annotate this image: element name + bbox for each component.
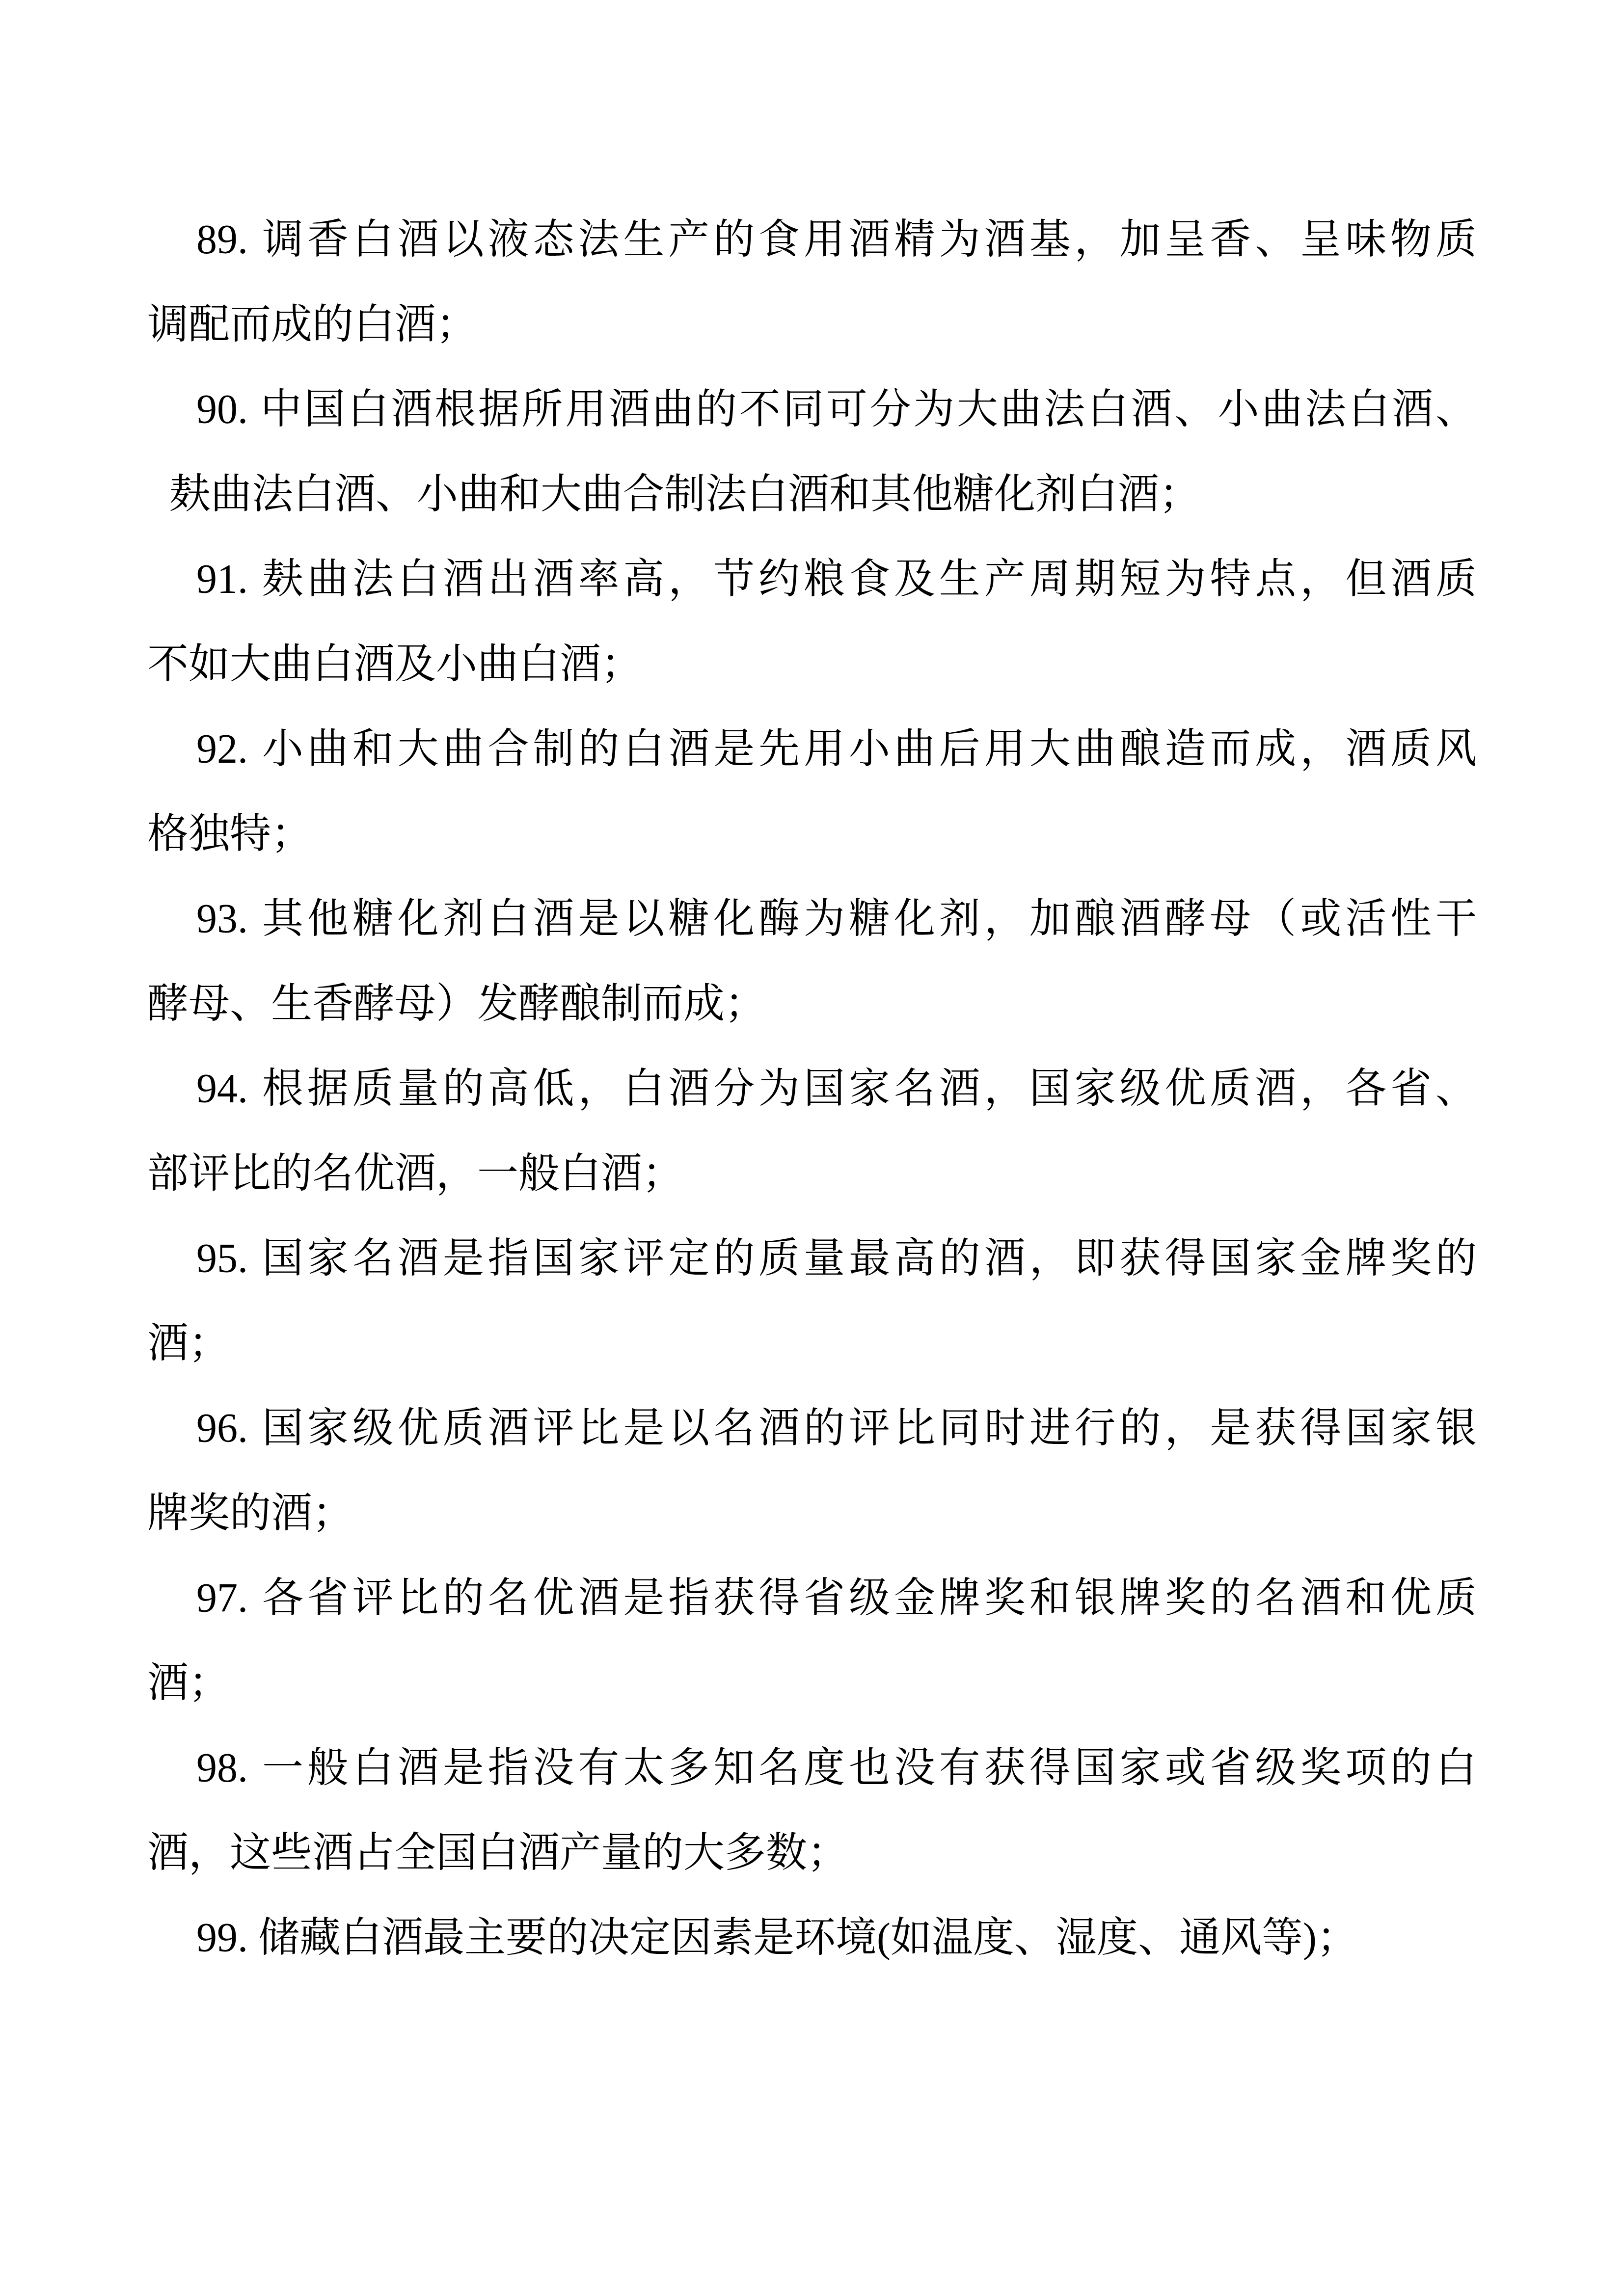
text-line: 98. 一般白酒是指没有太多知名度也没有获得国家或省级奖项的白 [147, 1726, 1477, 1811]
text-line: 99. 储藏白酒最主要的决定因素是环境(如温度、湿度、通风等)； [147, 1896, 1477, 1980]
text-line: 酒； [147, 1641, 1477, 1726]
text-line: 不如大曲白酒及小曲白酒； [147, 622, 1477, 707]
text-line: 酒，这些酒占全国白酒产量的大多数； [147, 1811, 1477, 1896]
text-line: 97. 各省评比的名优酒是指获得省级金牌奖和银牌奖的名酒和优质 [147, 1556, 1477, 1641]
text-line: 89. 调香白酒以液态法生产的食用酒精为酒基，加呈香、呈味物质 [147, 197, 1477, 282]
text-line: 格独特； [147, 792, 1477, 877]
text-line: 91. 麸曲法白酒出酒率高，节约粮食及生产周期短为特点，但酒质 [147, 537, 1477, 622]
text-line: 麸曲法白酒、小曲和大曲合制法白酒和其他糖化剂白酒； [147, 452, 1477, 537]
text-line: 94. 根据质量的高低，白酒分为国家名酒，国家级优质酒，各省、 [147, 1046, 1477, 1131]
text-line: 92. 小曲和大曲合制的白酒是先用小曲后用大曲酿造而成，酒质风 [147, 707, 1477, 792]
document-page: 89. 调香白酒以液态法生产的食用酒精为酒基，加呈香、呈味物质调配而成的白酒；9… [0, 0, 1624, 2296]
text-line: 96. 国家级优质酒评比是以名酒的评比同时进行的，是获得国家银 [147, 1386, 1477, 1471]
text-line: 部评比的名优酒，一般白酒； [147, 1131, 1477, 1216]
text-line: 95. 国家名酒是指国家评定的质量最高的酒，即获得国家金牌奖的 [147, 1216, 1477, 1301]
text-line: 酵母、生香酵母）发酵酿制而成； [147, 961, 1477, 1046]
text-line: 牌奖的酒； [147, 1471, 1477, 1556]
text-line: 93. 其他糖化剂白酒是以糖化酶为糖化剂，加酿酒酵母（或活性干 [147, 877, 1477, 961]
text-line: 酒； [147, 1301, 1477, 1386]
text-line: 调配而成的白酒； [147, 282, 1477, 367]
text-line: 90. 中国白酒根据所用酒曲的不同可分为大曲法白酒、小曲法白酒、 [147, 367, 1477, 452]
page-content: 89. 调香白酒以液态法生产的食用酒精为酒基，加呈香、呈味物质调配而成的白酒；9… [147, 197, 1477, 1980]
